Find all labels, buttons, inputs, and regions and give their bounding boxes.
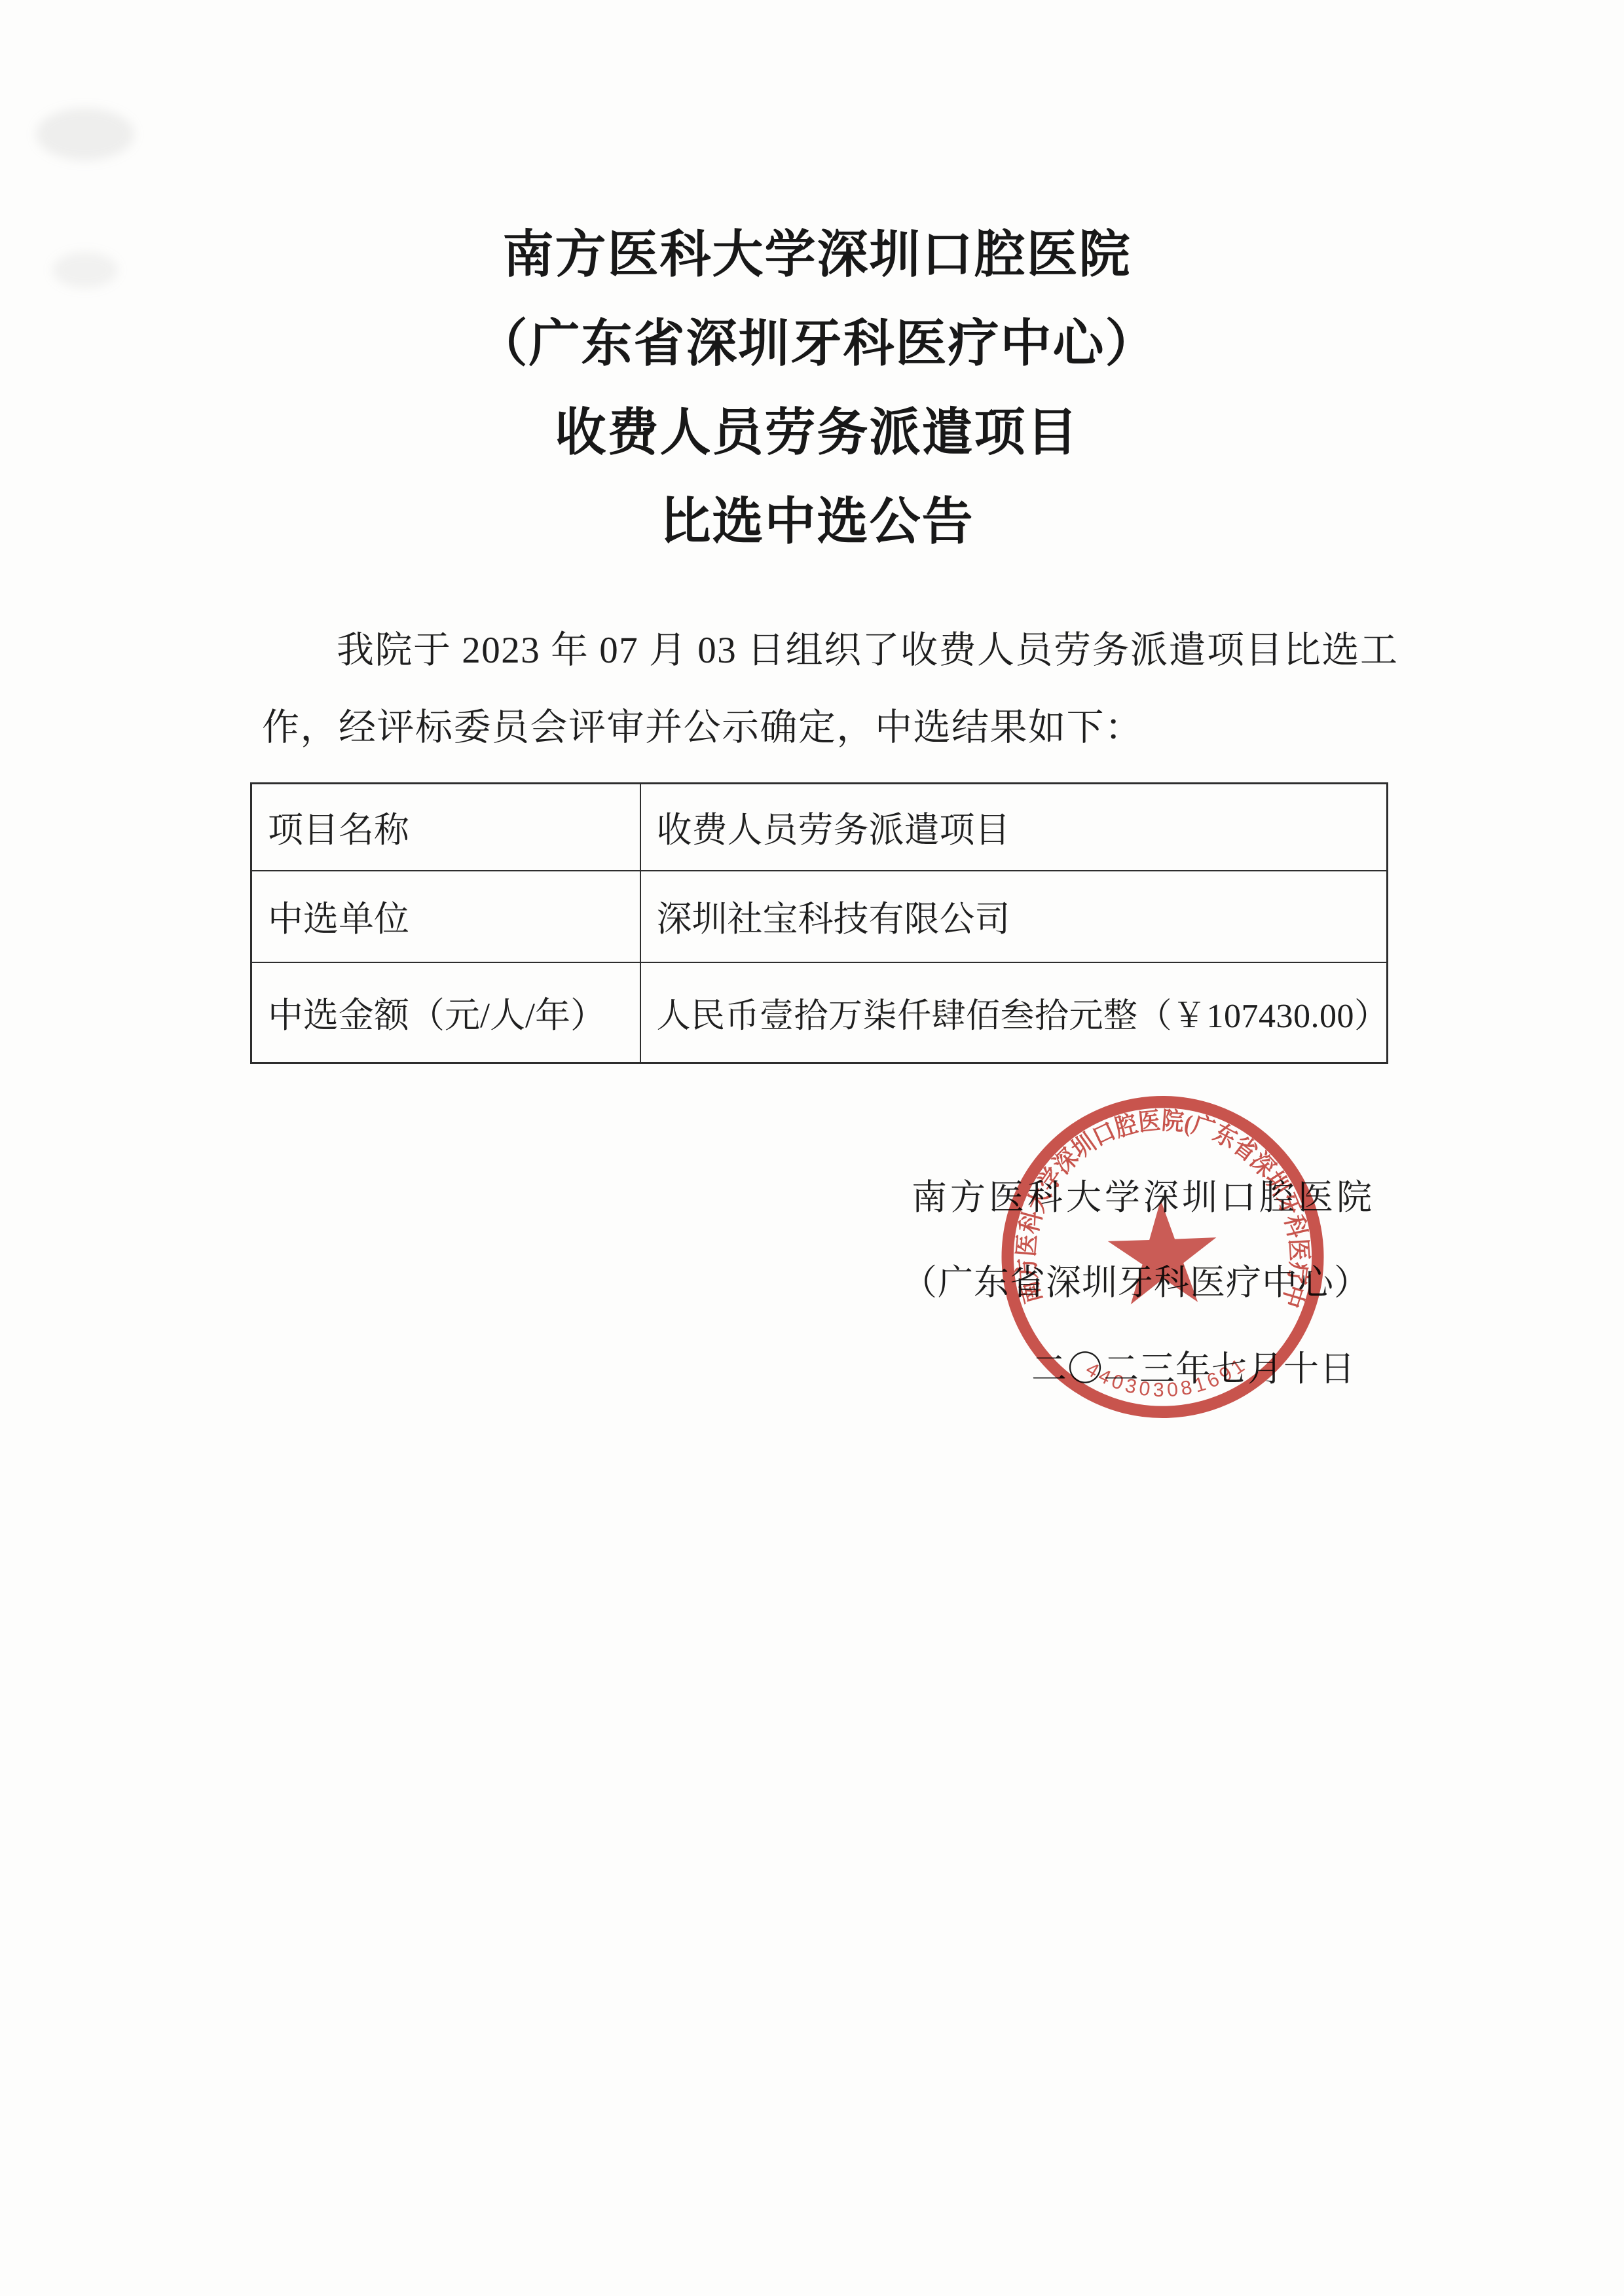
document-page: 南方医科大学深圳口腔医院 （广东省深圳牙科医疗中心） 收费人员劳务派遣项目 比选… (0, 0, 1624, 2296)
document-title: 南方医科大学深圳口腔医院 （广东省深圳牙科医疗中心） 收费人员劳务派遣项目 比选… (246, 210, 1388, 566)
table-value-winning-company: 深圳社宝科技有限公司 (640, 871, 1388, 962)
body-paragraph-line-2: 作，经评标委员会评审并公示确定，中选结果如下： (262, 705, 1391, 751)
scan-artifact (36, 108, 134, 160)
official-seal-graphic: 南方医科大学深圳口腔医院(广东省深圳牙科医疗中心) 440303081691 (986, 1083, 1339, 1431)
table-label-winning-amount: 中选金额（元/人/年） (251, 962, 640, 1063)
title-line-project: 收费人员劳务派遣项目 (246, 388, 1388, 477)
title-line-hospital: 南方医科大学深圳口腔医院 (246, 210, 1388, 299)
table-row-project-name: 项目名称 收费人员劳务派遣项目 (251, 784, 1388, 871)
table-label-winning-company: 中选单位 (251, 871, 640, 962)
table-label-project-name: 项目名称 (251, 784, 640, 871)
scan-artifact (52, 252, 118, 288)
seal-star-icon (1107, 1198, 1219, 1305)
table-row-winning-amount: 中选金额（元/人/年） 人民币壹拾万柒仟肆佰叁拾元整（￥107430.00） (251, 962, 1388, 1063)
official-seal: 南方医科大学深圳口腔医院(广东省深圳牙科医疗中心) 440303081691 (986, 1083, 1339, 1431)
result-table: 项目名称 收费人员劳务派遣项目 中选单位 深圳社宝科技有限公司 中选金额（元/人… (250, 782, 1388, 1064)
title-line-announce: 比选中选公告 (246, 477, 1388, 566)
title-line-center: （广东省深圳牙科医疗中心） (246, 299, 1388, 388)
table-value-project-name: 收费人员劳务派遣项目 (640, 784, 1388, 871)
body-paragraph-line-1: 我院于 2023 年 07 月 03 日组织了收费人员劳务派遣项目比选工 (262, 628, 1391, 674)
table-row-winning-company: 中选单位 深圳社宝科技有限公司 (251, 871, 1388, 962)
table-value-winning-amount: 人民币壹拾万柒仟肆佰叁拾元整（￥107430.00） (640, 962, 1388, 1063)
